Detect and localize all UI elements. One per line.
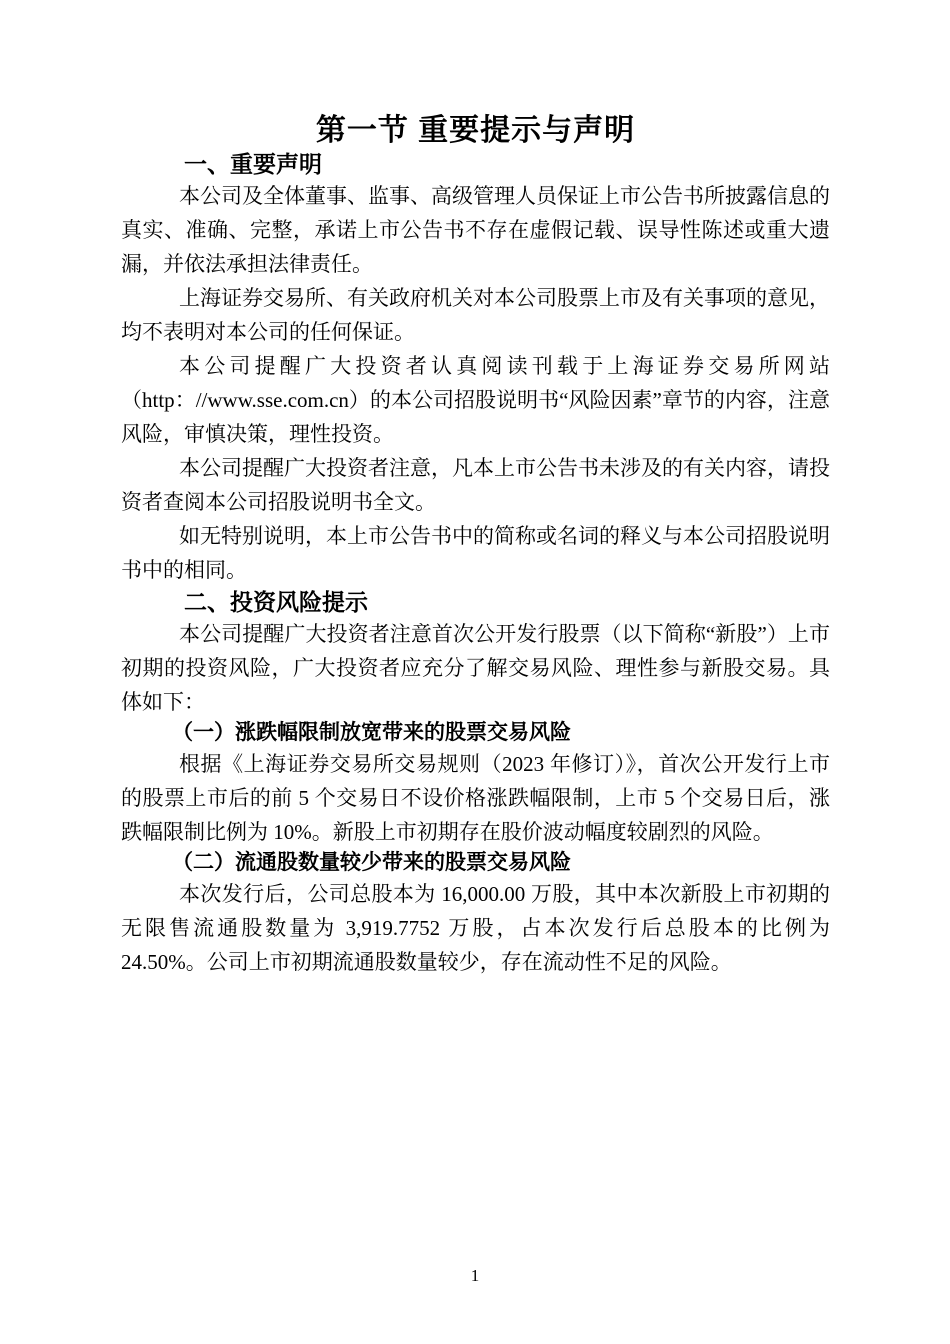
subsection-2-paragraph: 本次发行后，公司总股本为 16,000.00 万股，其中本次新股上市初期的无限售… (121, 877, 830, 979)
page-number: 1 (0, 1266, 950, 1286)
section-1-paragraph-1: 本公司及全体董事、监事、高级管理人员保证上市公告书所披露信息的真实、准确、完整，… (121, 179, 830, 281)
section-1-paragraph-2: 上海证券交易所、有关政府机关对本公司股票上市及有关事项的意见，均不表明对本公司的… (121, 281, 830, 349)
section-2-intro-paragraph: 本公司提醒广大投资者注意首次公开发行股票（以下简称“新股”）上市初期的投资风险，… (121, 617, 830, 719)
page-title: 第一节 重要提示与声明 (121, 0, 830, 149)
document-page: 第一节 重要提示与声明 一、重要声明 本公司及全体董事、监事、高级管理人员保证上… (0, 0, 950, 1344)
subsection-1-paragraph: 根据《上海证券交易所交易规则（2023 年修订）》，首次公开发行上市的股票上市后… (121, 747, 830, 849)
section-2-heading: 二、投资风险提示 (121, 587, 830, 617)
section-1-paragraph-3: 本公司提醒广大投资者认真阅读刊载于上海证券交易所网站（http：//www.ss… (121, 349, 830, 451)
subsection-2-heading: （二）流通股数量较少带来的股票交易风险 (121, 849, 830, 877)
subsection-1-heading: （一）涨跌幅限制放宽带来的股票交易风险 (121, 719, 830, 747)
section-1-paragraph-4: 本公司提醒广大投资者注意，凡本上市公告书未涉及的有关内容，请投资者查阅本公司招股… (121, 451, 830, 519)
section-1-heading: 一、重要声明 (121, 149, 830, 179)
section-1-paragraph-5: 如无特别说明，本上市公告书中的简称或名词的释义与本公司招股说明书中的相同。 (121, 519, 830, 587)
